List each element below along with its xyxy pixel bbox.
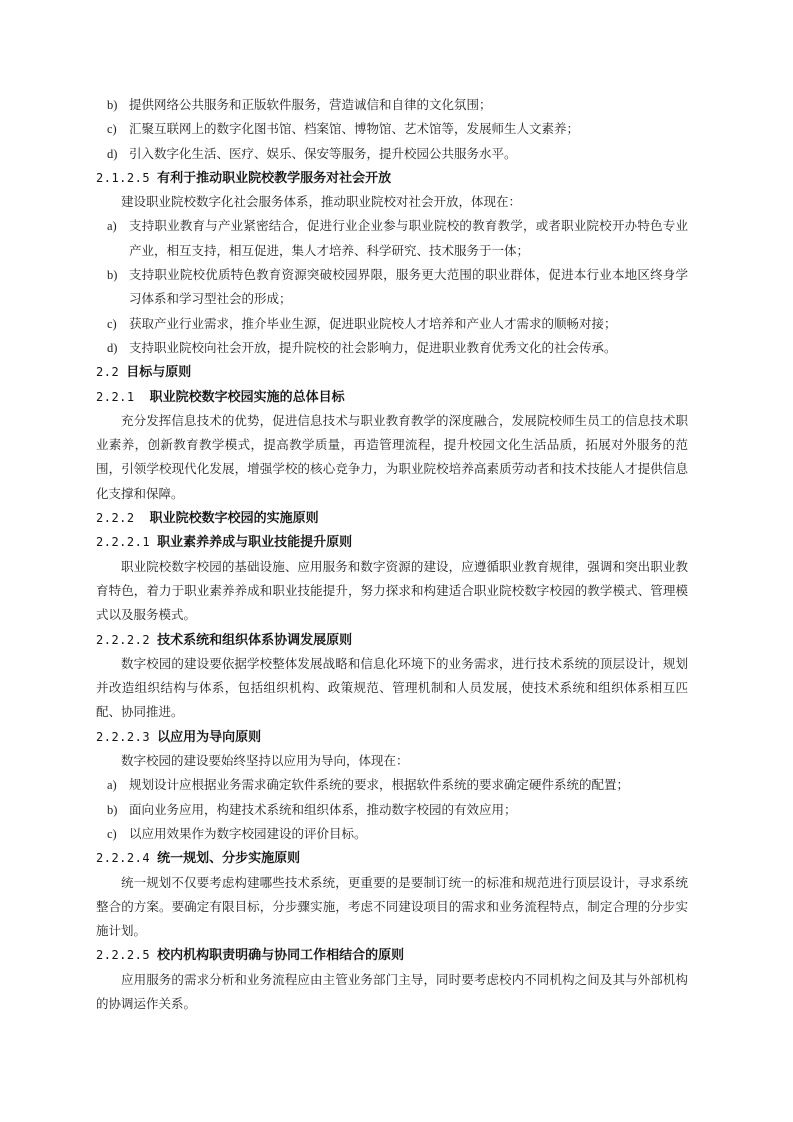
paragraph-lead: 建设职业院校数字化社会服务体系，推动职业院校对社会开放，体现在： — [96, 190, 688, 214]
list-item: d)支持职业院校向社会开放，提升院校的社会影响力，促进职业教育优秀文化的社会传承… — [96, 336, 688, 360]
list-item-text: 以应用效果作为数字校园建设的评价目标。 — [129, 827, 367, 841]
list-item: b)支持职业院校优质特色教育资源突破校园界限，服务更大范围的职业群体，促进本行业… — [96, 263, 688, 312]
list-item: a)支持职业教育与产业紧密结合，促进行业企业参与职业院校的教育教学，或者职业院校… — [96, 214, 688, 263]
heading-title: 职业院校数字校园实施的总体目标 — [150, 389, 345, 404]
list-item-marker: c) — [107, 822, 117, 846]
heading-number: 2.2.2.4 — [96, 851, 150, 865]
list-item: d)引入数字化生活、医疗、娱乐、保安等服务，提升校园公共服务水平。 — [96, 142, 688, 166]
list-item-marker: b) — [107, 798, 117, 822]
list-item-text: 面向业务应用，构建技术系统和组织体系，推动数字校园的有效应用； — [129, 803, 517, 817]
list-item: a)规划设计应根据业务需求确定软件系统的要求，根据软件系统的要求确定硬件系统的配… — [96, 773, 688, 797]
heading-2-2-2-4: 2.2.2.4统一规划、分步实施原则 — [96, 846, 688, 870]
heading-title: 技术系统和组织体系协调发展原则 — [157, 632, 352, 647]
list-item-marker: d) — [107, 142, 117, 166]
heading-title: 统一规划、分步实施原则 — [157, 850, 300, 865]
paragraph: 统一规划不仅要考虑构建哪些技术系统，更重要的是要制订统一的标准和规范进行顶层设计… — [96, 871, 688, 944]
list-item-marker: a) — [107, 773, 117, 797]
heading-2-2: 2.2目标与原则 — [96, 360, 688, 384]
heading-title: 有利于推动职业院校教学服务对社会开放 — [157, 170, 391, 185]
heading-2-2-2-2: 2.2.2.2技术系统和组织体系协调发展原则 — [96, 628, 688, 652]
list-item-text: 支持职业院校优质特色教育资源突破校园界限，服务更大范围的职业群体，促进本行业本地… — [129, 268, 688, 306]
heading-number: 2.2.2.3 — [96, 730, 150, 744]
list-item-text: 支持职业教育与产业紧密结合，促进行业企业参与职业院校的教育教学，或者职业院校开办… — [129, 219, 688, 257]
document-page: b)提供网络公共服务和正版软件服务，营造诚信和自律的文化氛围； c)汇聚互联网上… — [0, 0, 793, 1122]
heading-2-2-2-5: 2.2.2.5校内机构职责明确与协同工作相结合的原则 — [96, 943, 688, 967]
heading-2-2-2: 2.2.2职业院校数字校园的实施原则 — [96, 506, 688, 530]
heading-number: 2.2.1 — [96, 390, 135, 404]
heading-title: 职业院校数字校园的实施原则 — [150, 510, 319, 525]
heading-number: 2.2.2.5 — [96, 948, 150, 962]
heading-number: 2.2.2.1 — [96, 535, 150, 549]
paragraph: 应用服务的需求分析和业务流程应由主管业务部门主导，同时要考虑校内不同机构之间及其… — [96, 968, 688, 1017]
heading-title: 职业素养养成与职业技能提升原则 — [157, 534, 352, 549]
list-item-text: 获取产业行业需求，推介毕业生源，促进职业院校人才培养和产业人才需求的顺畅对接； — [129, 317, 617, 331]
list-item-text: 引入数字化生活、医疗、娱乐、保安等服务，提升校园公共服务水平。 — [129, 147, 517, 161]
paragraph: 职业院校数字校园的基础设施、应用服务和数字资源的建设，应遵循职业教育规律，强调和… — [96, 555, 688, 628]
list-item: b)提供网络公共服务和正版软件服务，营造诚信和自律的文化氛围； — [96, 93, 688, 117]
list-item-marker: b) — [107, 93, 117, 117]
heading-title: 校内机构职责明确与协同工作相结合的原则 — [157, 947, 404, 962]
list-item: c)汇聚互联网上的数字化图书馆、档案馆、博物馆、艺术馆等，发展师生人文素养； — [96, 117, 688, 141]
paragraph-lead: 数字校园的建设要始终坚持以应用为导向，体现在： — [96, 749, 688, 773]
heading-number: 2.2 — [96, 365, 119, 379]
heading-number: 2.1.2.5 — [96, 171, 150, 185]
heading-title: 以应用为导向原则 — [157, 729, 261, 744]
list-item: c)获取产业行业需求，推介毕业生源，促进职业院校人才培养和产业人才需求的顺畅对接… — [96, 312, 688, 336]
list-item-text: 规划设计应根据业务需求确定软件系统的要求，根据软件系统的要求确定硬件系统的配置； — [129, 778, 629, 792]
list-item-marker: c) — [107, 312, 117, 336]
list-2-1-2-5: a)支持职业教育与产业紧密结合，促进行业企业参与职业院校的教育教学，或者职业院校… — [96, 214, 688, 360]
list-item: c)以应用效果作为数字校园建设的评价目标。 — [96, 822, 688, 846]
list-2-2-2-3: a)规划设计应根据业务需求确定软件系统的要求，根据软件系统的要求确定硬件系统的配… — [96, 773, 688, 846]
list-item-text: 汇聚互联网上的数字化图书馆、档案馆、博物馆、艺术馆等，发展师生人文素养； — [129, 122, 579, 136]
list-item-text: 支持职业院校向社会开放，提升院校的社会影响力，促进职业教育优秀文化的社会传承。 — [129, 341, 617, 355]
list-item-marker: d) — [107, 336, 117, 360]
list-item-marker: a) — [107, 214, 117, 238]
heading-number: 2.2.2 — [96, 511, 135, 525]
list-item-text: 提供网络公共服务和正版软件服务，营造诚信和自律的文化氛围； — [129, 98, 492, 112]
heading-2-1-2-5: 2.1.2.5有利于推动职业院校教学服务对社会开放 — [96, 166, 688, 190]
paragraph: 数字校园的建设要依据学校整体发展战略和信息化环境下的业务需求，进行技术系统的顶层… — [96, 652, 688, 725]
list-continuation: b)提供网络公共服务和正版软件服务，营造诚信和自律的文化氛围； c)汇聚互联网上… — [96, 93, 688, 166]
heading-2-2-2-1: 2.2.2.1职业素养养成与职业技能提升原则 — [96, 530, 688, 554]
heading-number: 2.2.2.2 — [96, 633, 150, 647]
heading-2-2-2-3: 2.2.2.3以应用为导向原则 — [96, 725, 688, 749]
list-item-marker: b) — [107, 263, 117, 287]
paragraph: 充分发挥信息技术的优势，促进信息技术与职业教育教学的深度融合，发展院校师生员工的… — [96, 409, 688, 506]
list-item: b)面向业务应用，构建技术系统和组织体系，推动数字校园的有效应用； — [96, 798, 688, 822]
heading-title: 目标与原则 — [126, 364, 191, 379]
heading-2-2-1: 2.2.1职业院校数字校园实施的总体目标 — [96, 385, 688, 409]
list-item-marker: c) — [107, 117, 117, 141]
